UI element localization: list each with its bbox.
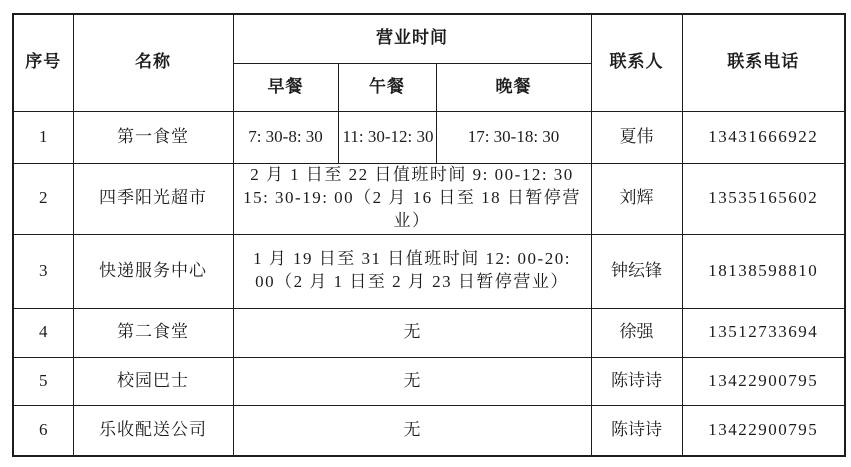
cell-dinner: 17: 30-18: 30 [436, 111, 591, 163]
cell-lunch: 11: 30-12: 30 [338, 111, 436, 163]
business-hours-table: 序号 名称 营业时间 联系人 联系电话 早餐 午餐 晚餐 1 第一食堂 7: 3… [12, 13, 846, 457]
cell-contact: 刘辉 [591, 163, 682, 234]
cell-phone: 13431666922 [682, 111, 845, 163]
cell-phone: 18138598810 [682, 234, 845, 308]
cell-serial: 1 [13, 111, 73, 163]
table-row: 4 第二食堂 无 徐强 13512733694 [13, 308, 845, 357]
cell-hours: 1 月 19 日至 31 日值班时间 12: 00-20: 00（2 月 1 日… [233, 234, 591, 308]
cell-contact: 陈诗诗 [591, 405, 682, 456]
cell-hours: 无 [233, 308, 591, 357]
cell-phone: 13512733694 [682, 308, 845, 357]
table-row: 6 乐收配送公司 无 陈诗诗 13422900795 [13, 405, 845, 456]
cell-phone: 13422900795 [682, 405, 845, 456]
header-contact: 联系人 [591, 14, 682, 111]
cell-hours: 2 月 1 日至 22 日值班时间 9: 00-12: 30 15: 30-19… [233, 163, 591, 234]
header-lunch: 午餐 [338, 63, 436, 111]
cell-phone: 13535165602 [682, 163, 845, 234]
cell-name: 校园巴士 [73, 357, 233, 405]
cell-contact: 钟纭锋 [591, 234, 682, 308]
header-name: 名称 [73, 14, 233, 111]
page: 序号 名称 营业时间 联系人 联系电话 早餐 午餐 晚餐 1 第一食堂 7: 3… [0, 0, 851, 467]
header-phone: 联系电话 [682, 14, 845, 111]
header-business-hours: 营业时间 [233, 14, 591, 63]
cell-name: 第一食堂 [73, 111, 233, 163]
cell-serial: 2 [13, 163, 73, 234]
cell-contact: 夏伟 [591, 111, 682, 163]
header-serial: 序号 [13, 14, 73, 111]
cell-hours: 无 [233, 405, 591, 456]
cell-breakfast: 7: 30-8: 30 [233, 111, 338, 163]
table-row: 1 第一食堂 7: 30-8: 30 11: 30-12: 30 17: 30-… [13, 111, 845, 163]
cell-serial: 3 [13, 234, 73, 308]
cell-contact: 徐强 [591, 308, 682, 357]
cell-serial: 6 [13, 405, 73, 456]
cell-name: 四季阳光超市 [73, 163, 233, 234]
hours-line-2: 15: 30-19: 00（2 月 16 日至 18 日暂停营业） [238, 187, 587, 233]
cell-phone: 13422900795 [682, 357, 845, 405]
table-row: 3 快递服务中心 1 月 19 日至 31 日值班时间 12: 00-20: 0… [13, 234, 845, 308]
table-row: 2 四季阳光超市 2 月 1 日至 22 日值班时间 9: 00-12: 30 … [13, 163, 845, 234]
cell-name: 乐收配送公司 [73, 405, 233, 456]
header-row-1: 序号 名称 营业时间 联系人 联系电话 [13, 14, 845, 63]
cell-name: 第二食堂 [73, 308, 233, 357]
cell-name: 快递服务中心 [73, 234, 233, 308]
cell-serial: 4 [13, 308, 73, 357]
header-breakfast: 早餐 [233, 63, 338, 111]
hours-line-1: 2 月 1 日至 22 日值班时间 9: 00-12: 30 [238, 164, 587, 187]
hours-line-1: 1 月 19 日至 31 日值班时间 12: 00-20: [238, 248, 587, 271]
header-dinner: 晚餐 [436, 63, 591, 111]
cell-serial: 5 [13, 357, 73, 405]
cell-contact: 陈诗诗 [591, 357, 682, 405]
cell-hours: 无 [233, 357, 591, 405]
hours-line-2: 00（2 月 1 日至 2 月 23 日暂停营业） [238, 271, 587, 294]
table-row: 5 校园巴士 无 陈诗诗 13422900795 [13, 357, 845, 405]
